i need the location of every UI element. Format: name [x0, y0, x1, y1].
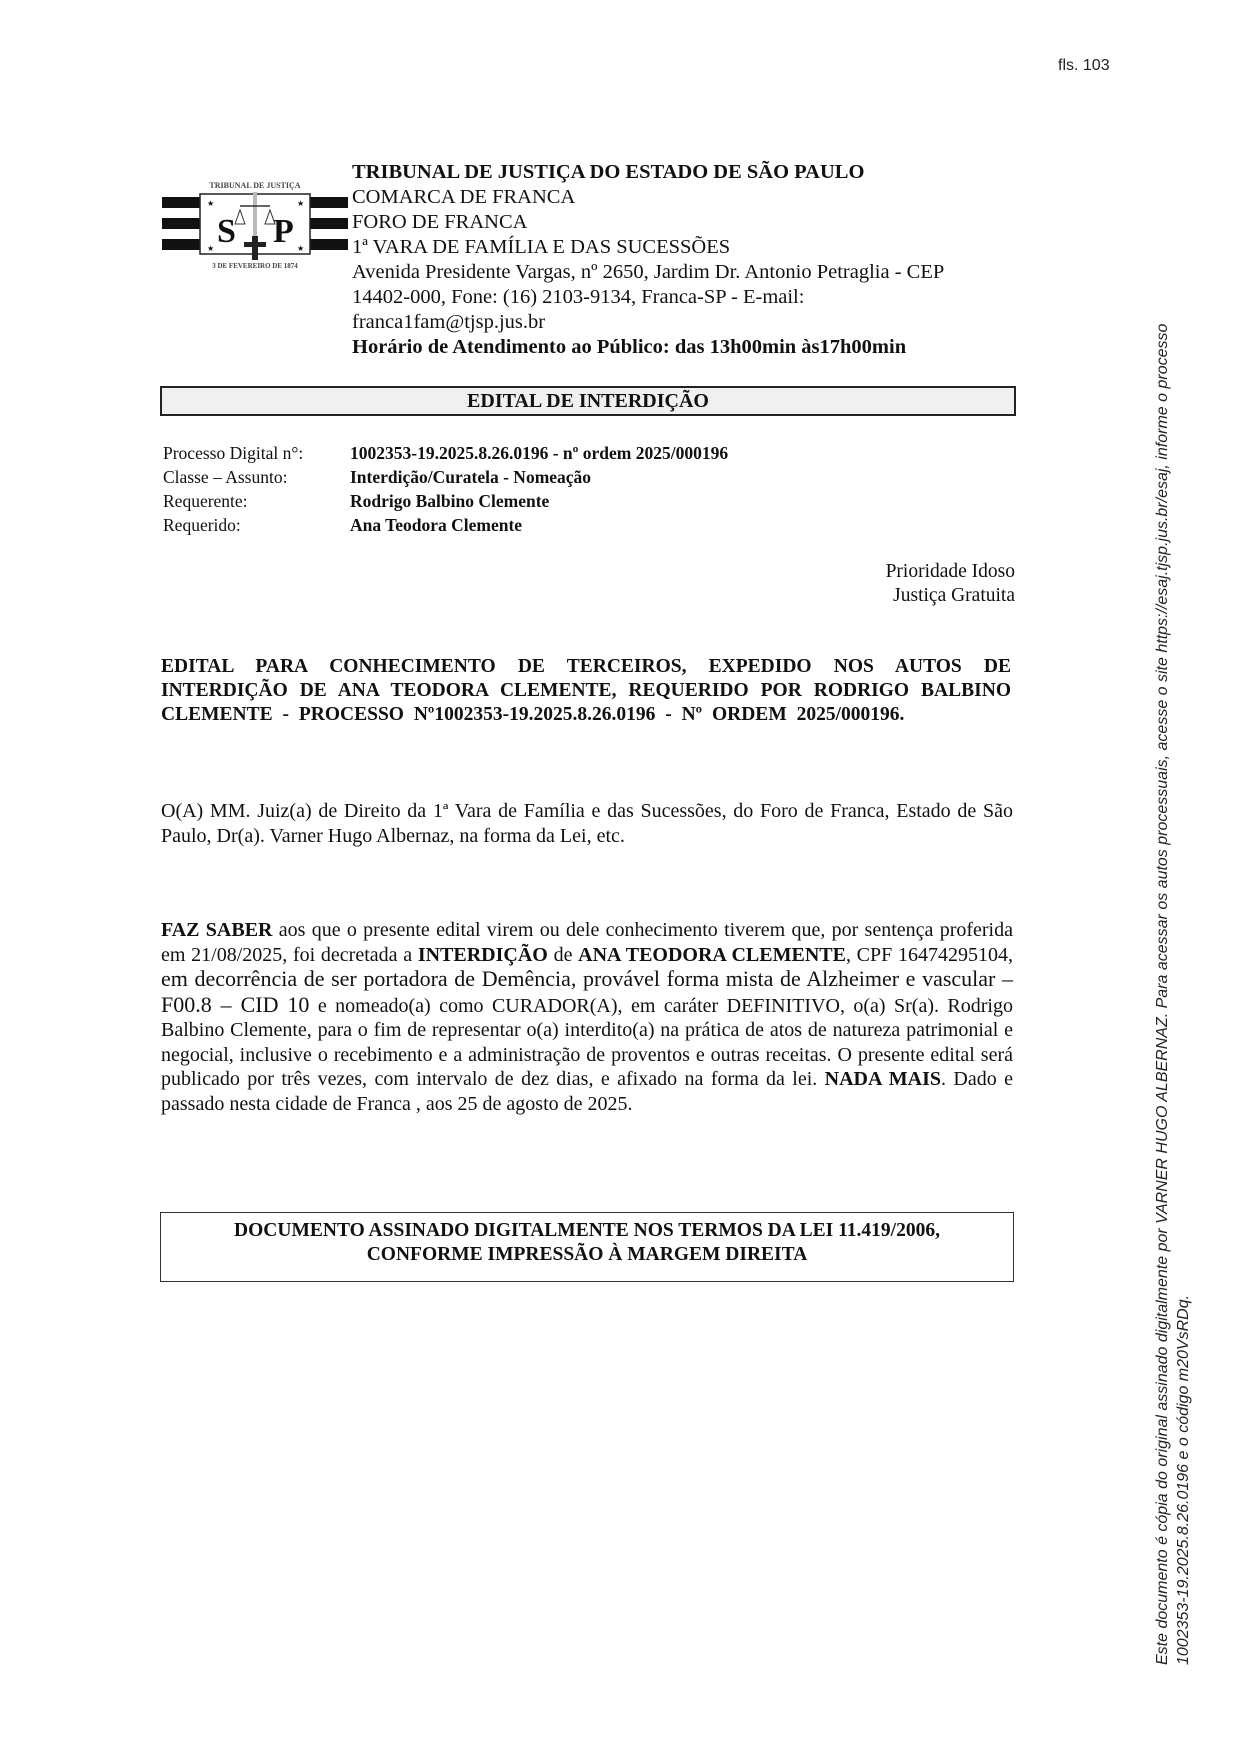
foro: FORO DE FRANCA — [352, 210, 944, 235]
svg-text:★: ★ — [297, 244, 304, 253]
side-authentication-note: Este documento é cópia do original assin… — [1152, 324, 1194, 1665]
faz-saber-paragraph: FAZ SABER aos que o presente edital vire… — [161, 918, 1013, 1116]
faz-saber-text-2: de — [548, 944, 578, 966]
email: franca1fam@tjsp.jus.br — [352, 310, 944, 335]
flag-free-justice: Justiça Gratuita — [886, 584, 1015, 608]
process-number-row: Processo Digital n°: 1002353-19.2025.8.2… — [163, 441, 728, 465]
process-number-value: 1002353-19.2025.8.26.0196 - nº ordem 202… — [350, 441, 728, 465]
office-hours: Horário de Atendimento ao Público: das 1… — [352, 335, 944, 360]
class-subject-row: Classe – Assunto: Interdição/Curatela - … — [163, 465, 728, 489]
interdicted-name: ANA TEODORA CLEMENTE — [578, 944, 846, 966]
requerido-row: Requerido: Ana Teodora Clemente — [163, 513, 728, 537]
class-subject-label: Classe – Assunto: — [163, 465, 350, 489]
requerido-value: Ana Teodora Clemente — [350, 513, 522, 537]
svg-text:★: ★ — [207, 199, 214, 208]
requerente-value: Rodrigo Balbino Clemente — [350, 489, 549, 513]
tjsp-emblem-icon: TRIBUNAL DE JUSTIÇA S P ★ ★ ★ ★ 3 DE FEV… — [162, 150, 348, 280]
requerente-row: Requerente: Rodrigo Balbino Clemente — [163, 489, 728, 513]
requerente-label: Requerente: — [163, 489, 350, 513]
address-line-2: 14402-000, Fone: (16) 2103-9134, Franca-… — [352, 285, 944, 310]
signature-line-1: DOCUMENTO ASSINADO DIGITALMENTE NOS TERM… — [161, 1219, 1013, 1243]
nada-mais: NADA MAIS — [825, 1068, 941, 1090]
document-title: EDITAL DE INTERDIÇÃO — [160, 386, 1016, 416]
class-subject-value: Interdição/Curatela - Nomeação — [350, 465, 591, 489]
side-note-line-1: Este documento é cópia do original assin… — [1152, 324, 1173, 1665]
digital-signature-notice: DOCUMENTO ASSINADO DIGITALMENTE NOS TERM… — [160, 1212, 1014, 1282]
svg-text:S: S — [217, 213, 236, 250]
signature-line-2: CONFORME IMPRESSÃO À MARGEM DIREITA — [161, 1243, 1013, 1267]
page-folio: fls. 103 — [1058, 57, 1110, 75]
svg-text:★: ★ — [297, 199, 304, 208]
requerido-label: Requerido: — [163, 513, 350, 537]
svg-text:TRIBUNAL DE JUSTIÇA: TRIBUNAL DE JUSTIÇA — [209, 181, 300, 190]
comarca: COMARCA DE FRANCA — [352, 185, 944, 210]
side-note-line-2: 1002353-19.2025.8.26.0196 e o código m20… — [1173, 324, 1194, 1665]
faz-saber-lead: FAZ SABER — [161, 919, 273, 941]
process-number-label: Processo Digital n°: — [163, 441, 350, 465]
judge-paragraph: O(A) MM. Juiz(a) de Direito da 1ª Vara d… — [161, 799, 1013, 848]
svg-text:3 DE FEVEREIRO DE 1874: 3 DE FEVEREIRO DE 1874 — [212, 262, 298, 270]
edital-heading: EDITAL PARA CONHECIMENTO DE TERCEIROS, E… — [161, 655, 1011, 727]
svg-text:P: P — [273, 213, 294, 250]
svg-text:★: ★ — [207, 244, 214, 253]
interdicao-keyword: INTERDIÇÃO — [418, 944, 548, 966]
tjsp-logo: TRIBUNAL DE JUSTIÇA S P ★ ★ ★ ★ 3 DE FEV… — [162, 150, 348, 280]
vara: 1ª VARA DE FAMÍLIA E DAS SUCESSÕES — [352, 235, 944, 260]
faz-saber-text-3: , CPF 16474295104, — [846, 944, 1013, 966]
case-flags: Prioridade Idoso Justiça Gratuita — [886, 560, 1015, 608]
address-line-1: Avenida Presidente Vargas, nº 2650, Jard… — [352, 260, 944, 285]
court-header: TRIBUNAL DE JUSTIÇA DO ESTADO DE SÃO PAU… — [352, 160, 944, 360]
process-info: Processo Digital n°: 1002353-19.2025.8.2… — [163, 441, 728, 537]
flag-priority-elderly: Prioridade Idoso — [886, 560, 1015, 584]
court-name: TRIBUNAL DE JUSTIÇA DO ESTADO DE SÃO PAU… — [352, 160, 944, 185]
